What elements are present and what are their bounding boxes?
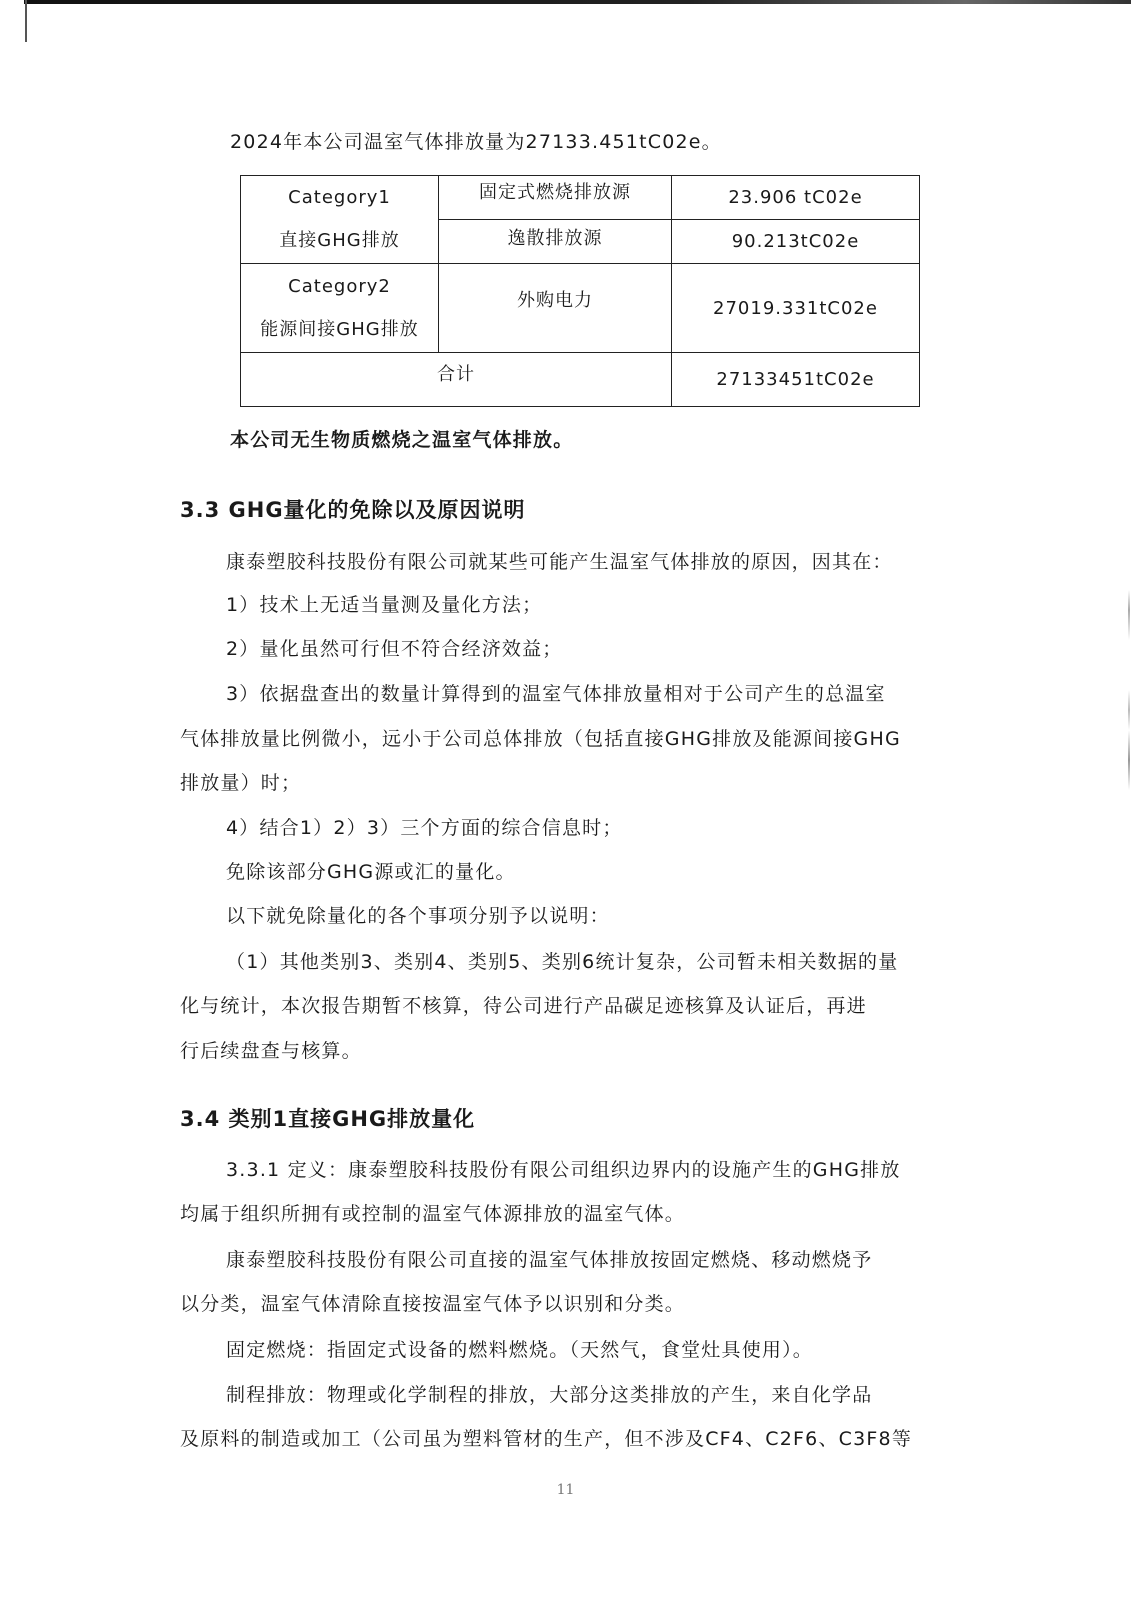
source-cell: 外购电力: [439, 264, 672, 353]
paragraph-line: 气体排放量比例微小，远小于公司总体排放（包括直接GHG排放及能源间接GHG: [180, 727, 901, 751]
no-biomass-statement: 本公司无生物质燃烧之温室气体排放。: [230, 428, 573, 452]
emissions-table: Category1 直接GHG排放 固定式燃烧排放源 23.906 tC02e …: [240, 175, 920, 407]
page-number: 11: [0, 1482, 1131, 1498]
list-item: （1）其他类别3、类别4、类别5、类别6统计复杂，公司暂未相关数据的量: [226, 950, 898, 974]
value-cell: 90.213tC02e: [672, 220, 920, 264]
paragraph-line: 固定燃烧：指固定式设备的燃料燃烧。（天然气，食堂灶具使用）。: [226, 1338, 813, 1362]
paragraph-line: 排放量）时；: [180, 771, 301, 795]
paragraph-line: 化与统计，本次报告期暂不核算，待公司进行产品碳足迹核算及认证后，再进: [180, 994, 867, 1018]
intro-line: 2024年本公司温室气体排放量为27133.451tC02e。: [230, 130, 722, 154]
paragraph-line: 行后续盘查与核算。: [180, 1039, 362, 1063]
total-label-cell: 合计: [241, 353, 672, 407]
table-row-total: 合计 27133451tC02e: [241, 353, 920, 407]
category-label: Category1: [288, 187, 391, 208]
paragraph-line: 康泰塑胶科技股份有限公司直接的温室气体排放按固定燃烧、移动燃烧予: [226, 1248, 872, 1272]
category-cell: Category2 能源间接GHG排放: [241, 264, 439, 353]
value-cell: 27019.331tC02e: [672, 264, 920, 353]
list-item: 1）技术上无适当量测及量化方法；: [226, 593, 542, 617]
table-row: Category1 直接GHG排放 固定式燃烧排放源 23.906 tC02e: [241, 176, 920, 220]
source-cell: 固定式燃烧排放源: [439, 176, 672, 220]
list-item: 4）结合1）2）3）三个方面的综合信息时；: [226, 816, 623, 840]
paragraph-line: 3.3.1 定义：康泰塑胶科技股份有限公司组织边界内的设施产生的GHG排放: [226, 1158, 901, 1182]
paragraph-line: 康泰塑胶科技股份有限公司就某些可能产生温室气体排放的原因，因其在：: [226, 550, 893, 574]
list-item: 3）依据盘查出的数量计算得到的温室气体排放量相对于公司产生的总温室: [226, 682, 886, 706]
paragraph-line: 以分类，温室气体清除直接按温室气体予以识别和分类。: [180, 1292, 685, 1316]
list-item: 2）量化虽然可行但不符合经济效益；: [226, 637, 563, 661]
category-description: 直接GHG排放: [279, 226, 399, 252]
category-description: 能源间接GHG排放: [260, 315, 418, 341]
total-value-cell: 27133451tC02e: [672, 353, 920, 407]
scan-border-left: [25, 0, 27, 42]
category-cell: Category1 直接GHG排放: [241, 176, 439, 264]
table-row: Category2 能源间接GHG排放 外购电力 27019.331tC02e: [241, 264, 920, 353]
paragraph-line: 制程排放：物理或化学制程的排放，大部分这类排放的产生，来自化学品: [226, 1383, 872, 1407]
paragraph-line: 以下就免除量化的各个事项分别予以说明：: [226, 904, 610, 928]
section-heading-3-3: 3.3 GHG量化的免除以及原因说明: [180, 497, 526, 523]
scan-border-top: [24, 0, 1131, 4]
value-cell: 23.906 tC02e: [672, 176, 920, 220]
paragraph-line: 免除该部分GHG源或汇的量化。: [226, 860, 516, 884]
paragraph-line: 均属于组织所拥有或控制的温室气体源排放的温室气体。: [180, 1202, 685, 1226]
section-heading-3-4: 3.4 类别1直接GHG排放量化: [180, 1106, 475, 1132]
source-cell: 逸散排放源: [439, 220, 672, 264]
paragraph-line: 及原料的制造或加工（公司虽为塑料管材的生产，但不涉及CF4、C2F6、C3F8等: [180, 1427, 912, 1451]
scan-binding-marks: [1128, 590, 1130, 790]
category-label: Category2: [288, 276, 391, 297]
